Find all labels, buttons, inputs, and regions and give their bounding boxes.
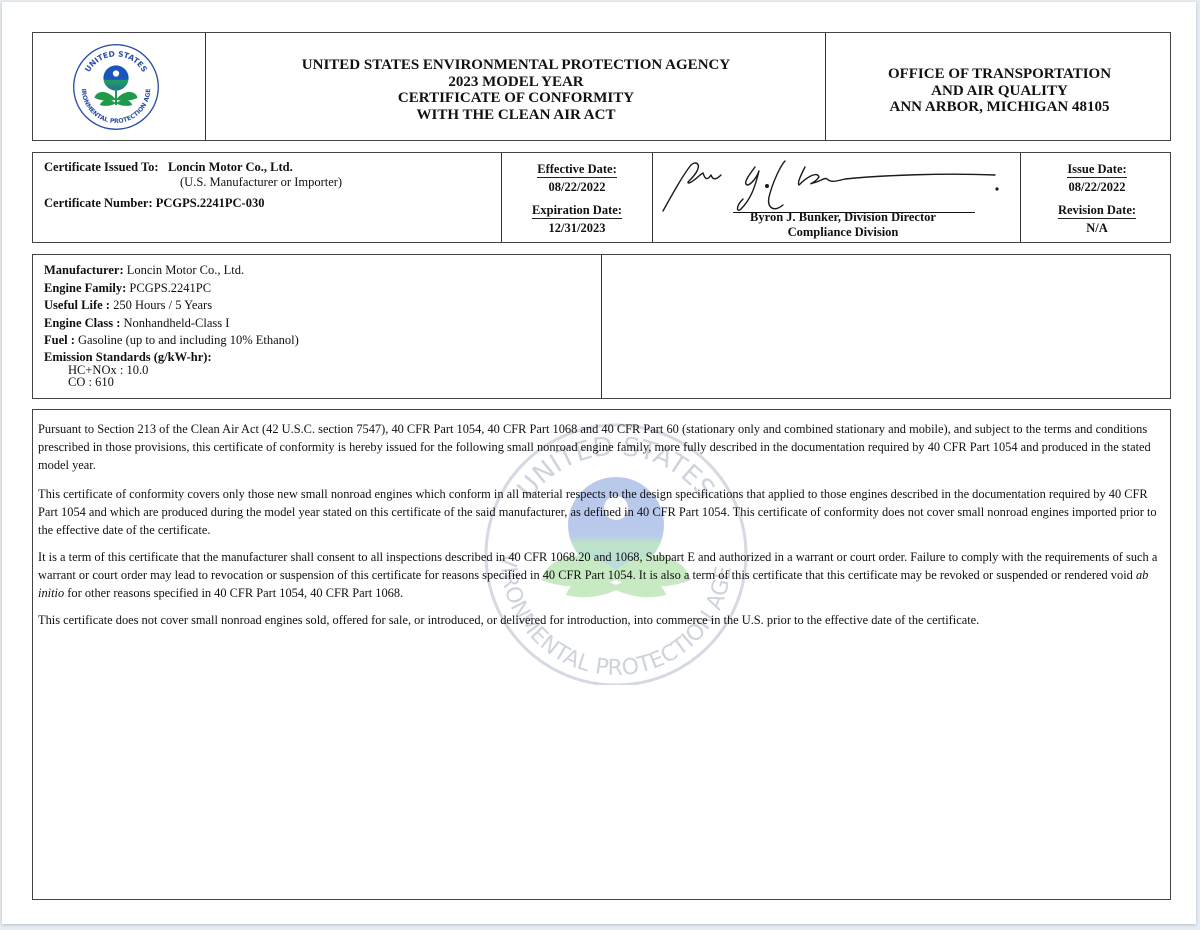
divider	[205, 33, 206, 140]
spec-engine-family: Engine Family: PCGPS.2241PC	[44, 280, 299, 298]
signature-icon	[655, 153, 1019, 213]
certificate-number-label: Certificate Number:	[44, 196, 153, 210]
spec-value: 250 Hours / 5 Years	[113, 298, 212, 312]
divider	[825, 33, 826, 140]
issue-date: 08/22/2022	[1023, 180, 1171, 194]
terms-paragraph-3: It is a term of this certificate that th…	[38, 548, 1158, 602]
title-line: WITH THE CLEAN AIR ACT	[207, 107, 825, 124]
office-line: OFFICE OF TRANSPORTATION	[827, 66, 1172, 83]
issued-to-label: Certificate Issued To:	[44, 160, 159, 174]
spec-emission-standards: Emission Standards (g/kW-hr):	[44, 350, 299, 364]
expiration-date: 12/31/2023	[503, 221, 651, 235]
office-address: OFFICE OF TRANSPORTATION AND AIR QUALITY…	[827, 66, 1172, 116]
expiration-date-label: Expiration Date:	[532, 203, 622, 219]
certificate-title: UNITED STATES ENVIRONMENTAL PROTECTION A…	[207, 57, 825, 123]
effective-expiration-dates: Effective Date: 08/22/2022 Expiration Da…	[503, 162, 651, 235]
title-line: CERTIFICATE OF CONFORMITY	[207, 90, 825, 107]
spec-value: Loncin Motor Co., Ltd.	[127, 263, 244, 277]
issue-revision-dates: Issue Date: 08/22/2022 Revision Date: N/…	[1023, 162, 1171, 235]
issued-to-value: Loncin Motor Co., Ltd.	[168, 160, 293, 174]
spec-label: Engine Class :	[44, 316, 120, 330]
spec-useful-life: Useful Life : 250 Hours / 5 Years	[44, 297, 299, 315]
issued-to-note: (U.S. Manufacturer or Importer)	[44, 175, 342, 190]
spec-label: Emission Standards (g/kW-hr):	[44, 350, 212, 364]
office-line: AND AIR QUALITY	[827, 83, 1172, 100]
terms-paragraph-2: This certificate of conformity covers on…	[38, 485, 1158, 539]
standard-co: CO : 610	[44, 376, 299, 389]
revision-date: N/A	[1023, 221, 1171, 235]
certificate-terms: UNITED STATES ENVIRONMENTAL PROTECTION A…	[32, 409, 1171, 900]
signatory-name: Byron J. Bunker, Division Director	[673, 210, 1013, 225]
effective-date-label: Effective Date:	[537, 162, 616, 178]
title-line: 2023 MODEL YEAR	[207, 74, 825, 91]
spec-label: Useful Life :	[44, 298, 110, 312]
divider	[501, 153, 502, 242]
issue-date-label: Issue Date:	[1067, 162, 1126, 178]
certificate-number: PCGPS.2241PC-030	[156, 196, 265, 210]
office-line: ANN ARBOR, MICHIGAN 48105	[827, 99, 1172, 116]
text: It is a term of this certificate that th…	[38, 550, 1157, 582]
spec-fuel: Fuel : Gasoline (up to and including 10%…	[44, 332, 299, 350]
divider	[601, 255, 602, 398]
spec-manufacturer: Manufacturer: Loncin Motor Co., Ltd.	[44, 262, 299, 280]
spec-value: Nonhandheld-Class I	[124, 316, 230, 330]
signatory: Byron J. Bunker, Division Director Compl…	[673, 210, 1013, 239]
standard-value: 10.0	[126, 363, 148, 377]
terms-paragraph-4: This certificate does not cover small no…	[38, 611, 1158, 629]
spec-label: Engine Family:	[44, 281, 126, 295]
certificate-header: UNITED STATES ENVIRONMENTAL PROTECTION A…	[32, 32, 1171, 141]
spec-label: Fuel :	[44, 333, 75, 347]
spec-engine-class: Engine Class : Nonhandheld-Class I	[44, 315, 299, 333]
pollutant: CO	[68, 375, 85, 389]
revision-date-label: Revision Date:	[1058, 203, 1136, 219]
certificate-page: UNITED STATES ENVIRONMENTAL PROTECTION A…	[2, 2, 1196, 924]
standard-value: 610	[95, 375, 114, 389]
divider	[1020, 153, 1021, 242]
terms-paragraph-1: Pursuant to Section 213 of the Clean Air…	[38, 420, 1158, 474]
signatory-division: Compliance Division	[673, 225, 1013, 240]
engine-specifications: Manufacturer: Loncin Motor Co., Ltd. Eng…	[32, 254, 1171, 399]
spec-value: Gasoline (up to and including 10% Ethano…	[78, 333, 299, 347]
issued-to-block: Certificate Issued To: Loncin Motor Co.,…	[44, 160, 342, 211]
spec-value: PCGPS.2241PC	[129, 281, 211, 295]
certificate-details-row: Certificate Issued To: Loncin Motor Co.,…	[32, 152, 1171, 243]
spec-label: Manufacturer:	[44, 263, 124, 277]
divider	[652, 153, 653, 242]
effective-date: 08/22/2022	[503, 180, 651, 194]
epa-seal-icon: UNITED STATES ENVIRONMENTAL PROTECTION A…	[71, 42, 161, 132]
title-line: UNITED STATES ENVIRONMENTAL PROTECTION A…	[207, 57, 825, 74]
engine-spec-list: Manufacturer: Loncin Motor Co., Ltd. Eng…	[44, 262, 299, 389]
text: for other reasons specified in 40 CFR Pa…	[64, 586, 403, 600]
